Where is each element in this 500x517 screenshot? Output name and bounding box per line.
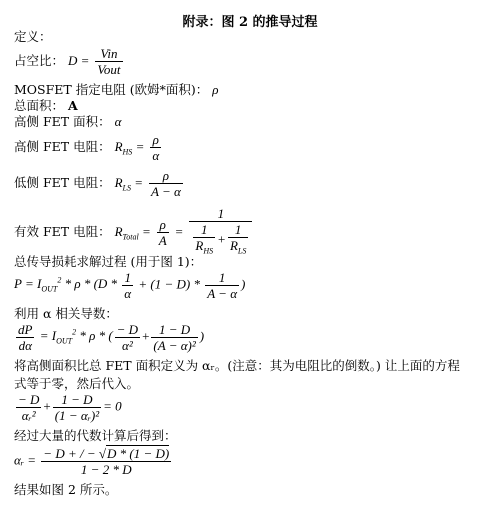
p-mid2: + (1 − D) *	[138, 276, 200, 291]
alpha-r-solution: αᵣ = − D + / − √D * (1 − D) 1 − 2 * D	[14, 446, 173, 477]
inv-rls: 1RLS	[228, 222, 248, 259]
dp-term1: − Dα²	[115, 322, 140, 353]
zero-t1-den: αᵣ²	[16, 408, 41, 423]
rhs-label: 高侧 FET 电阻：	[14, 139, 111, 154]
rls-sub: LS	[123, 184, 131, 193]
dp-t1-num: − D	[115, 322, 140, 338]
rls-fraction: ρA − α	[149, 168, 183, 199]
duty-lhs: D =	[68, 53, 89, 68]
duty-label: 占空比：	[14, 53, 64, 68]
rhs-line: 高侧 FET 电阻： RHS = ρα	[14, 132, 163, 163]
ar-sqrt: D * (1 − D)	[106, 445, 169, 461]
rls-lhs: R	[115, 175, 123, 190]
rtotal-sub: Total	[123, 232, 139, 241]
inv-rhs-num: 1	[193, 222, 215, 238]
rho-label: MOSFET 指定电阻 (欧姆*面积)：	[14, 82, 208, 97]
rtotal-fraction: ρA	[157, 217, 169, 248]
p-end: )	[241, 276, 245, 291]
power-equation: P = IOUT2 * ρ * (D * 1α + (1 − D) * 1A −…	[14, 270, 245, 301]
dp-num: dP	[16, 322, 34, 338]
rtotal-den: A	[157, 233, 169, 248]
area-symbol: A	[68, 98, 78, 113]
inv-rhs-sub: HS	[203, 247, 213, 256]
rho-line: MOSFET 指定电阻 (欧姆*面积)： ρ	[14, 82, 218, 98]
rhs-num: ρ	[150, 132, 161, 148]
dp-mid: = I	[40, 328, 56, 343]
hs-area-line: 高侧 FET 面积： α	[14, 114, 121, 130]
p-pre: P = I	[14, 276, 41, 291]
dp-iout-sub: OUT	[56, 337, 72, 346]
zero-equation: − Dαᵣ²+1 − D(1 − αᵣ)²= 0	[14, 392, 122, 423]
duty-den: Vout	[95, 62, 122, 77]
dp-mid2: * ρ * (	[79, 328, 112, 343]
duty-fraction: VinVout	[95, 46, 122, 77]
zero-rhs: = 0	[103, 398, 122, 413]
rho-symbol: ρ	[212, 82, 218, 97]
zero-t1-num: − D	[16, 392, 41, 408]
dp-t2-num: 1 − D	[151, 322, 197, 338]
rtotal-num: ρ	[157, 217, 169, 233]
dp-t1-den: α²	[115, 338, 140, 353]
derivative-heading: 利用 α 相关导数：	[14, 306, 118, 322]
area-line: 总面积： A	[14, 98, 78, 114]
rtotal-lhs: R	[115, 224, 123, 239]
dp-frac: dPdα	[16, 322, 34, 353]
p-frac2: 1A − α	[205, 270, 239, 301]
inv-rls-sub: LS	[238, 247, 246, 256]
rls-line: 低侧 FET 电阻： RLS = ρA − α	[14, 168, 185, 199]
algebra-heading: 经过大量的代数计算后得到：	[14, 428, 177, 444]
rls-label: 低侧 FET 电阻：	[14, 175, 111, 190]
zero-t2-den: (1 − αᵣ)²	[53, 408, 101, 423]
page-title: 附录：图 2 的推导过程	[0, 11, 500, 30]
rtotal-parallel-fraction: 1 1RHS+1RLS	[189, 206, 252, 259]
p-frac1: 1α	[122, 270, 133, 301]
rtotal-line: 有效 FET 电阻： RTotal = ρA = 1 1RHS+1RLS	[14, 206, 254, 259]
loss-heading: 总传导损耗求解过程 (用于图 1)：	[14, 254, 202, 270]
dp-t2-den: (A − α)²	[151, 338, 197, 353]
dp-term2: 1 − D(A − α)²	[151, 322, 197, 353]
zero-term1: − Dαᵣ²	[16, 392, 41, 423]
iout-sub: OUT	[41, 285, 57, 294]
ratio-definition: 将高侧面积比总 FET 面积定义为 αᵣ。(注意：其为电阻比的倒数。) 让上面的…	[14, 358, 460, 374]
dp-den: dα	[16, 338, 34, 353]
rhs-lhs: R	[115, 139, 123, 154]
rls-num: ρ	[149, 168, 183, 184]
definition-heading: 定义：	[14, 29, 52, 45]
inv-rls-num: 1	[228, 222, 248, 238]
rtotal-label: 有效 FET 电阻：	[14, 224, 111, 239]
ratio-definition-cont: 式等于零，然后代入。	[14, 376, 139, 392]
zero-term2: 1 − D(1 − αᵣ)²	[53, 392, 101, 423]
p-mid: * ρ * (D *	[65, 276, 117, 291]
rhs-den: α	[150, 148, 161, 163]
rls-den: A − α	[149, 184, 183, 199]
duty-cycle-line: 占空比： D = VinVout	[14, 46, 125, 77]
area-label: 总面积：	[14, 98, 64, 113]
rhs-sub: HS	[123, 148, 133, 157]
rhs-fraction: ρα	[150, 132, 161, 163]
result-line: 结果如图 2 所示。	[14, 482, 117, 498]
hs-area-symbol: α	[115, 114, 122, 129]
rtotal-parallel-num: 1	[189, 206, 252, 222]
zero-t2-num: 1 − D	[53, 392, 101, 408]
duty-num: Vin	[95, 46, 122, 62]
ar-num: − D + / − √D * (1 − D)	[41, 446, 171, 462]
hs-area-label: 高侧 FET 面积：	[14, 114, 111, 129]
ar-num-pre: − D + / −	[43, 446, 95, 461]
ar-fraction: − D + / − √D * (1 − D) 1 − 2 * D	[41, 446, 171, 477]
ar-lhs: αᵣ =	[14, 452, 36, 467]
derivative-equation: dPdα = IOUT2 * ρ * (− Dα²+1 − D(A − α)²)	[14, 322, 204, 353]
ar-den: 1 − 2 * D	[41, 462, 171, 477]
